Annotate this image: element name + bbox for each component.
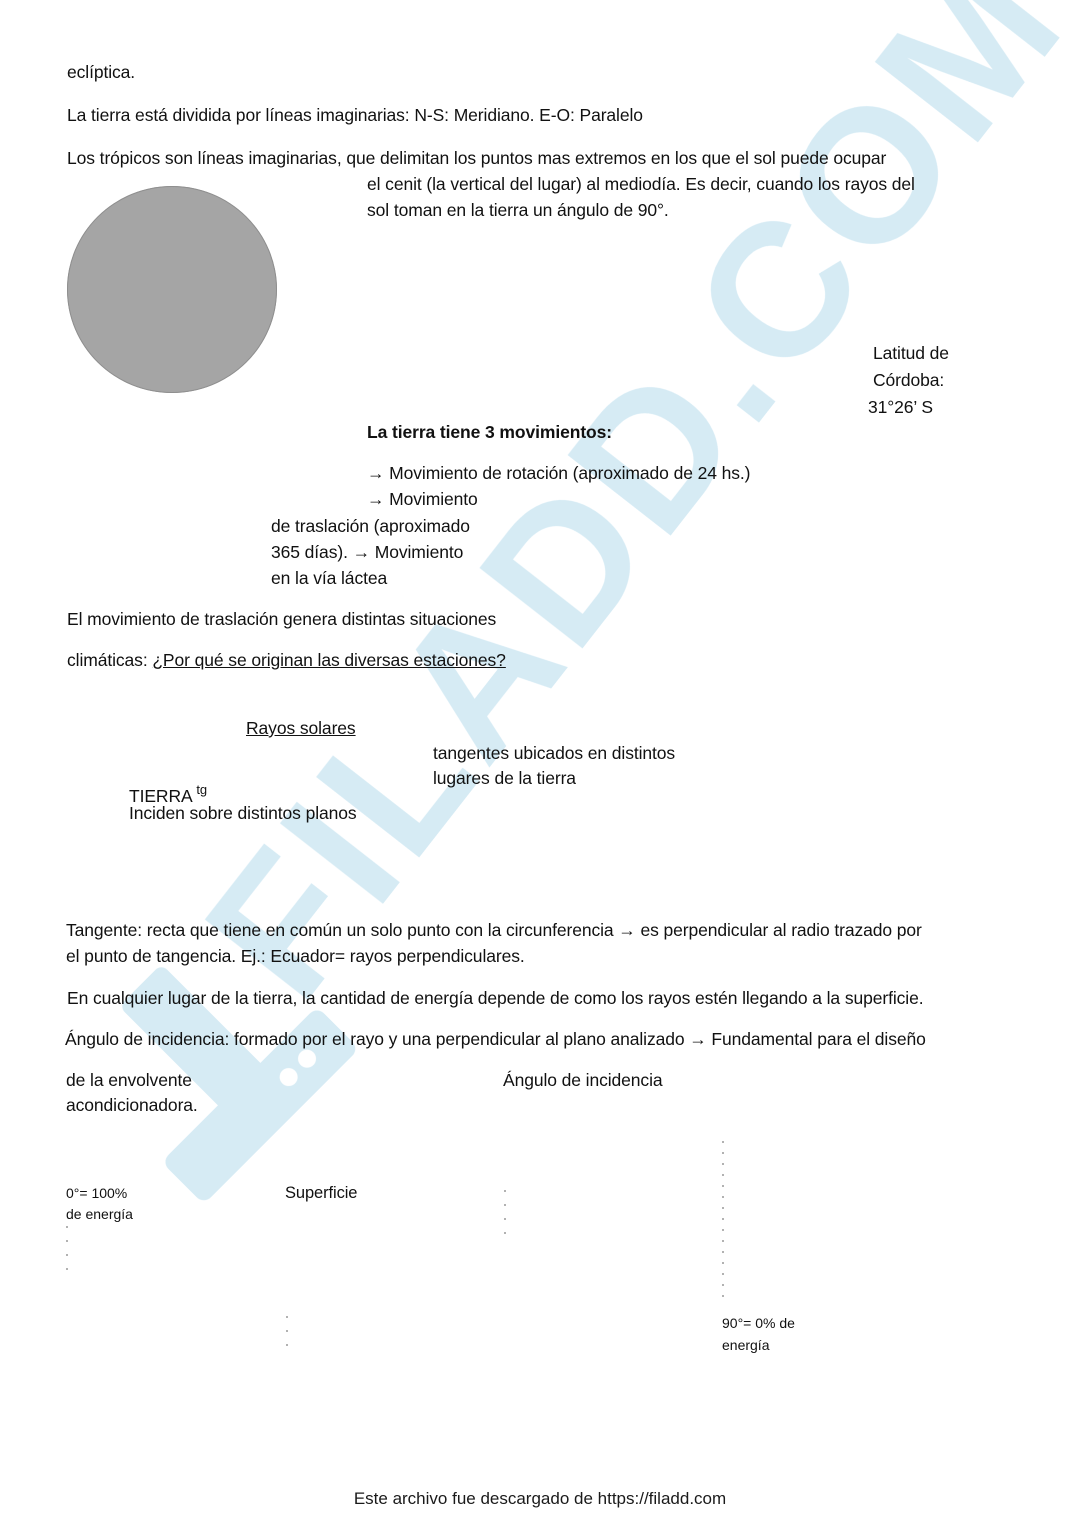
movement-milky-way: en la vía láctea [271,565,387,591]
seasons-prefix: climáticas: [67,650,152,670]
incidence-def-3: acondicionadora. [66,1092,198,1118]
planes-label: Inciden sobre distintos planos [129,800,357,826]
movement-translation-c: 365 días). → Movimiento [271,539,463,565]
earth-globe-image [67,186,277,393]
seasons-question: ¿Por qué se originan las diversas estaci… [152,650,505,670]
text-tropicos-2: el cenit (la vertical del lugar) al medi… [367,171,915,197]
footer-download-note: Este archivo fue descargado de https://f… [0,1489,1080,1509]
incidence-def-2: de la envolvente [66,1067,192,1093]
incidence-def-1: Ángulo de incidencia: formado por el ray… [65,1026,926,1052]
movement-translation-b: de traslación (aproximado [271,513,470,539]
seasons-line-2: climáticas: ¿Por qué se originan las div… [67,647,506,673]
dotted-line-left [66,1226,70,1282]
tangents-line-2: lugares de la tierra [433,765,576,791]
dotted-line-surface [286,1316,290,1358]
text-ecliptica: eclíptica. [67,59,135,85]
text-tropicos-1: Los trópicos son líneas imaginarias, que… [67,145,886,171]
earth-label-sup: tg [196,782,207,797]
surface-label: Superficie [285,1180,357,1206]
text-division: La tierra está dividida por líneas imagi… [67,102,643,128]
dotted-line-right [722,1141,726,1306]
energy-def: En cualquier lugar de la tierra, la cant… [67,985,923,1011]
tangents-line-1: tangentes ubicados en distintos [433,740,675,766]
movement-translation-a: → Movimiento [367,486,478,512]
document-page: eclíptica. La tierra está dividida por l… [0,0,1080,1525]
zero-degree-line-1: 0°= 100% [66,1182,127,1204]
tangent-def-1: Tangente: recta que tiene en común un so… [66,917,922,943]
incidence-label: Ángulo de incidencia [503,1067,663,1093]
tangent-def-2: el punto de tangencia. Ej.: Ecuador= ray… [66,943,525,969]
ninety-degree-line-1: 90°= 0% de [722,1312,795,1334]
latitude-line-1: Latitud de [873,340,949,366]
movements-heading: La tierra tiene 3 movimientos: [367,419,612,445]
movement-rotation: → Movimiento de rotación (aproximado de … [367,460,750,486]
latitude-line-2: Córdoba: [873,367,944,393]
rays-label: Rayos solares [246,715,356,741]
ninety-degree-line-2: energía [722,1334,769,1356]
latitude-line-3: 31°26’ S [868,394,933,420]
zero-degree-line-2: de energía [66,1203,133,1225]
dotted-line-middle [504,1190,508,1246]
text-tropicos-3: sol toman en la tierra un ángulo de 90°. [367,197,669,223]
seasons-line-1: El movimiento de traslación genera disti… [67,606,496,632]
